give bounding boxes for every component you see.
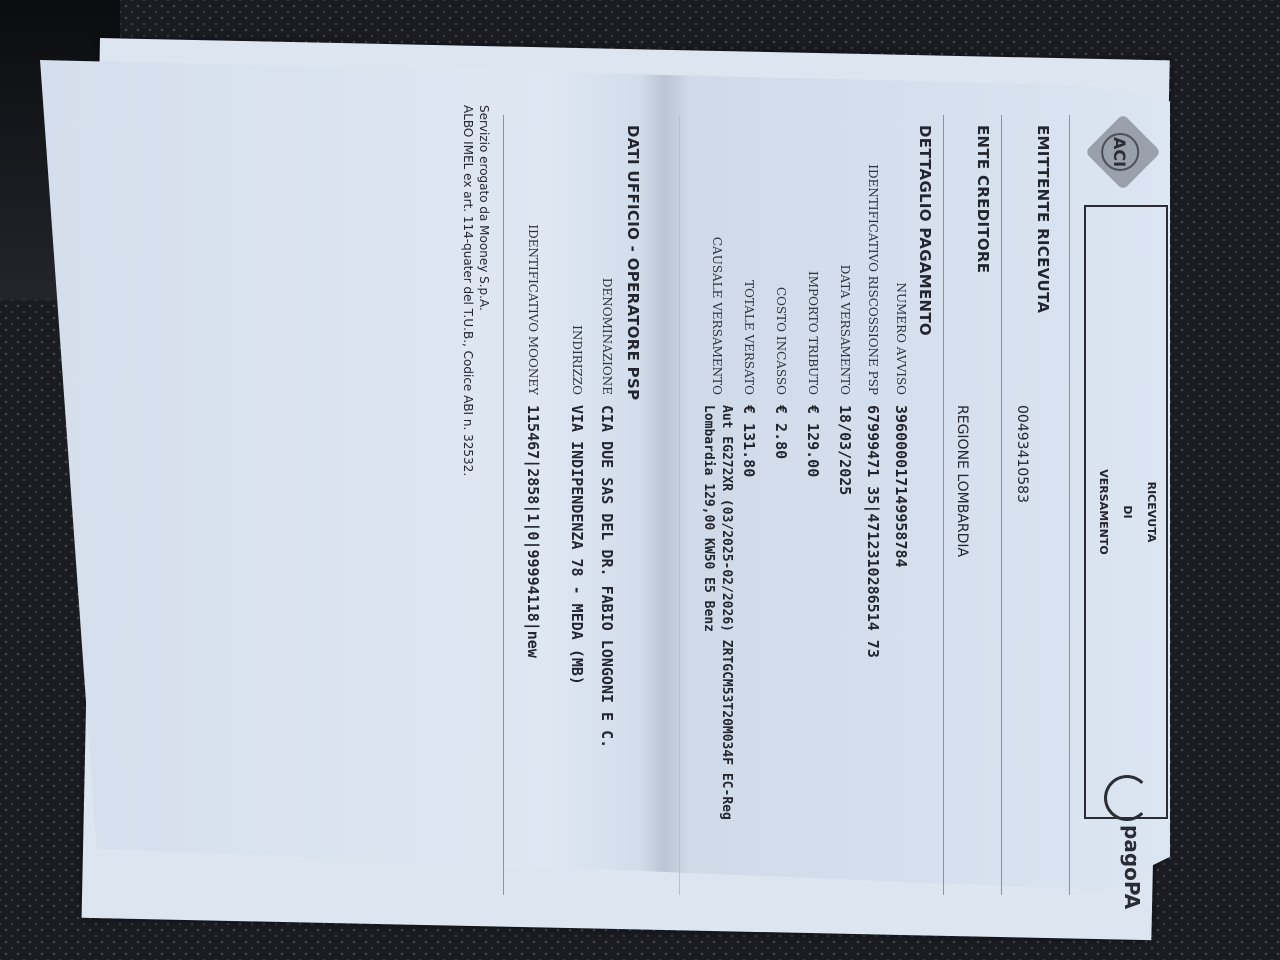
costo-incasso-label: COSTO INCASSO — [774, 95, 788, 395]
totale-versato-label: TOTALE VERSATO — [742, 95, 756, 395]
dati-ufficio-heading: DATI UFFICIO - OPERATORE PSP — [624, 125, 642, 400]
identificativo-mooney-label: IDENTIFICATIVO MOONEY — [526, 95, 540, 395]
divider — [943, 115, 944, 895]
emittente-value: 00493410583 — [1014, 405, 1030, 503]
title-line-2: DI — [1121, 207, 1134, 817]
importo-tributo-label: IMPORTO TRIBUTO — [806, 95, 820, 395]
causale-versamento-label: CAUSALE VERSAMENTO — [710, 95, 724, 395]
costo-incasso-value: € 2.80 — [772, 405, 790, 459]
emittente-heading: EMITTENTE RICEVUTA — [1034, 125, 1052, 313]
denominazione-value: CIA DUE SAS DEL DR. FABIO LONGONI E C. — [598, 405, 616, 748]
footer-line-1: Servizio erogato da Mooney S.p.A. — [476, 105, 492, 311]
divider — [1001, 115, 1002, 895]
aci-logo: ACI — [1085, 114, 1161, 190]
identificativo-mooney-value: 115467|2858|1|0|99994118|new — [524, 405, 542, 658]
numero-avviso-value: 396000017149958784 — [892, 405, 910, 568]
data-versamento-label: DATA VERSAMENTO — [838, 95, 852, 395]
causale-versamento-value-line2: Lombardia 129,00 KW50 E5 Benz — [701, 405, 716, 632]
ente-creditore-heading: ENTE CREDITORE — [974, 125, 992, 273]
numero-avviso-label: NUMERO AVVISO — [894, 95, 908, 395]
causale-versamento-value: Aut EG272XR (03/2025-02/2026) ZRTGCM53T2… — [719, 405, 734, 820]
ente-creditore-value: REGIONE LOMBARDIA — [954, 405, 970, 557]
indirizzo-label: INDIRIZZO — [570, 95, 584, 395]
title-line-3: VERSAMENTO — [1097, 207, 1110, 817]
pagopa-arrow-icon — [1104, 775, 1150, 821]
divider — [1069, 115, 1070, 895]
importo-tributo-value: € 129.00 — [804, 405, 822, 477]
denominazione-label: DENOMINAZIONE — [600, 95, 614, 395]
id-riscossione-label: IDENTIFICATIVO RISCOSSIONE PSP — [866, 95, 880, 395]
id-riscossione-value: 67999471 35|4712310286514 73 — [864, 405, 882, 658]
pagopa-logo: pagoPA — [1120, 825, 1144, 909]
dettaglio-pagamento-heading: DETTAGLIO PAGAMENTO — [916, 125, 934, 336]
receipt-title-box: RICEVUTA DI VERSAMENTO — [1084, 205, 1168, 819]
receipt-content: ACI RICEVUTA DI VERSAMENTO pagoPA EMITTE… — [420, 95, 1180, 915]
footer-line-2: ALBO IMEL ex art. 114-quater del T.U.B.,… — [460, 105, 476, 476]
data-versamento-value: 18/03/2025 — [836, 405, 854, 495]
totale-versato-value: € 131.80 — [740, 405, 758, 477]
aci-logo-mark: ACI — [1101, 133, 1139, 171]
indirizzo-value: VIA INDIPENDENZA 78 - MEDA (MB) — [568, 405, 586, 685]
title-line-1: RICEVUTA — [1145, 207, 1158, 817]
divider — [503, 115, 504, 895]
page-fold-line — [679, 115, 680, 895]
